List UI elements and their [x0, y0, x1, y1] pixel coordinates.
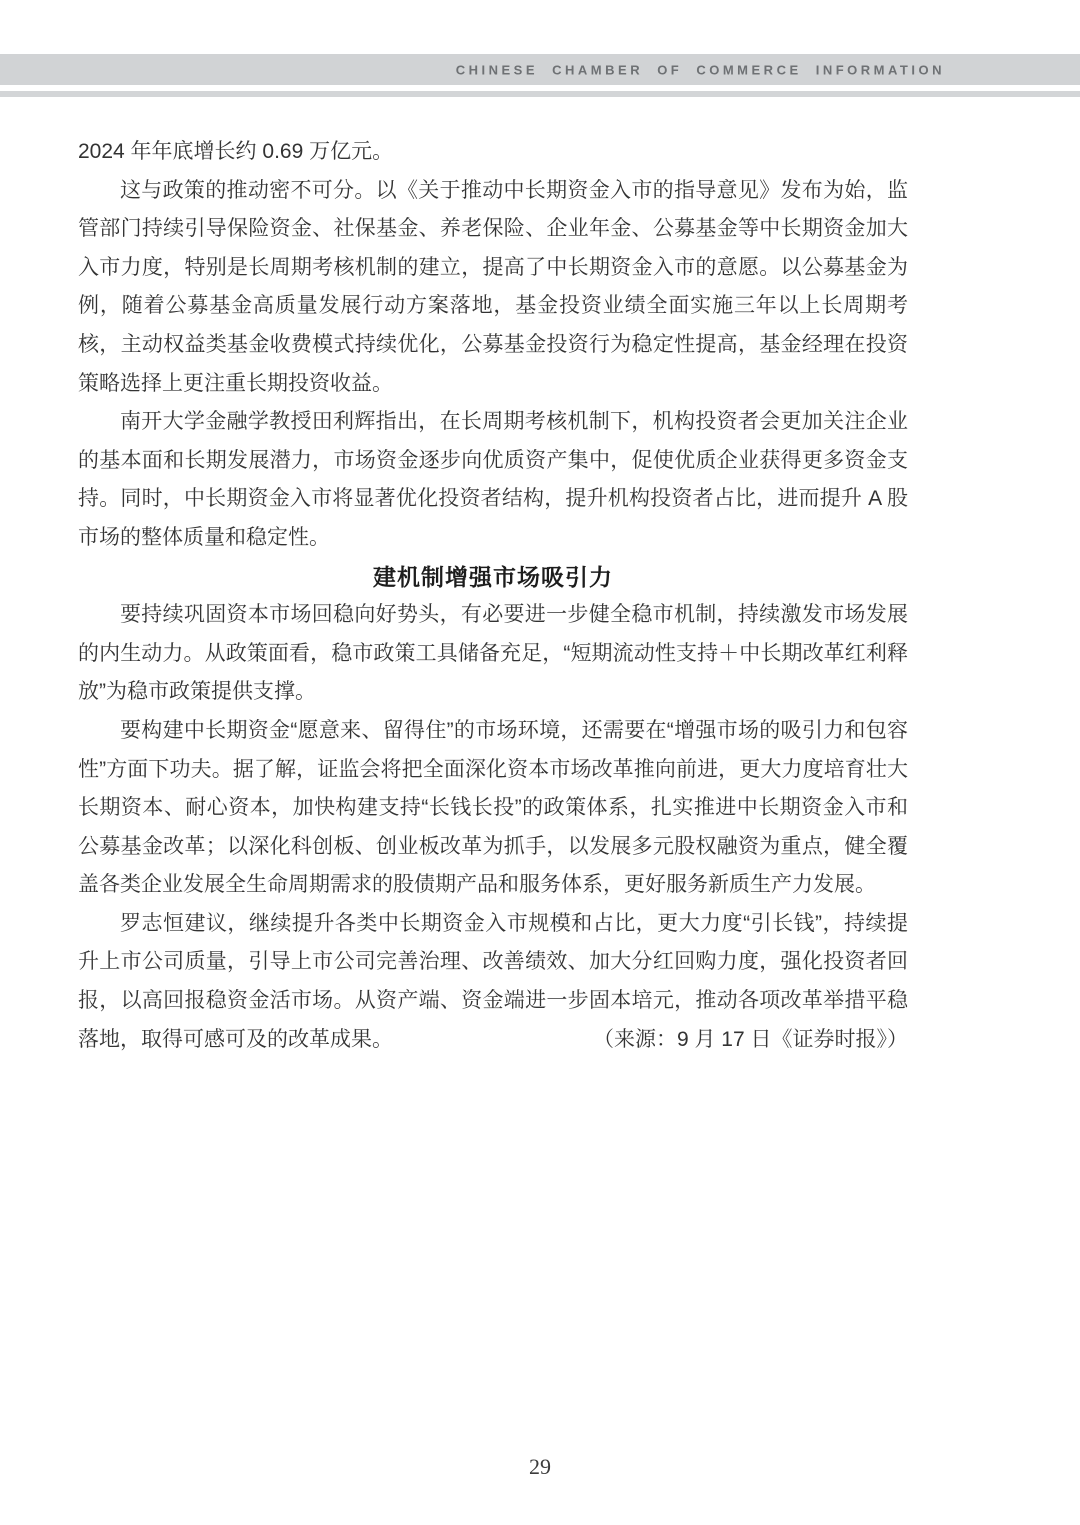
section-heading: 建机制增强市场吸引力: [78, 558, 908, 597]
paragraph-continuation: 2024 年年底增长约 0.69 万亿元。: [78, 133, 908, 172]
page-number: 29: [0, 1454, 1080, 1480]
header-banner-text: CHINESE CHAMBER OF COMMERCE INFORMATION: [456, 62, 945, 77]
header-band: CHINESE CHAMBER OF COMMERCE INFORMATION: [0, 54, 1080, 85]
paragraph: 这与政策的推动密不可分。以《关于推动中长期资金入市的指导意见》发布为始，监管部门…: [78, 172, 908, 404]
paragraph: 要持续巩固资本市场回稳向好势头，有必要进一步健全稳市机制，持续激发市场发展的内生…: [78, 596, 908, 712]
paragraph: 要构建中长期资金“愿意来、留得住”的市场环境，还需要在“增强市场的吸引力和包容性…: [78, 712, 908, 905]
paragraph: 南开大学金融学教授田利辉指出，在长周期考核机制下，机构投资者会更加关注企业的基本…: [78, 403, 908, 557]
document-page: CHINESE CHAMBER OF COMMERCE INFORMATION …: [0, 0, 1080, 1525]
source-note: （来源：9 月 17 日《证券时报》）: [593, 1021, 908, 1060]
paragraph-closing: 罗志恒建议，继续提升各类中长期资金入市规模和占比，更大力度“引长钱”，持续提升上…: [78, 905, 908, 1059]
article-body: 2024 年年底增长约 0.69 万亿元。 这与政策的推动密不可分。以《关于推动…: [78, 133, 908, 1059]
header-rule: [0, 91, 1080, 97]
